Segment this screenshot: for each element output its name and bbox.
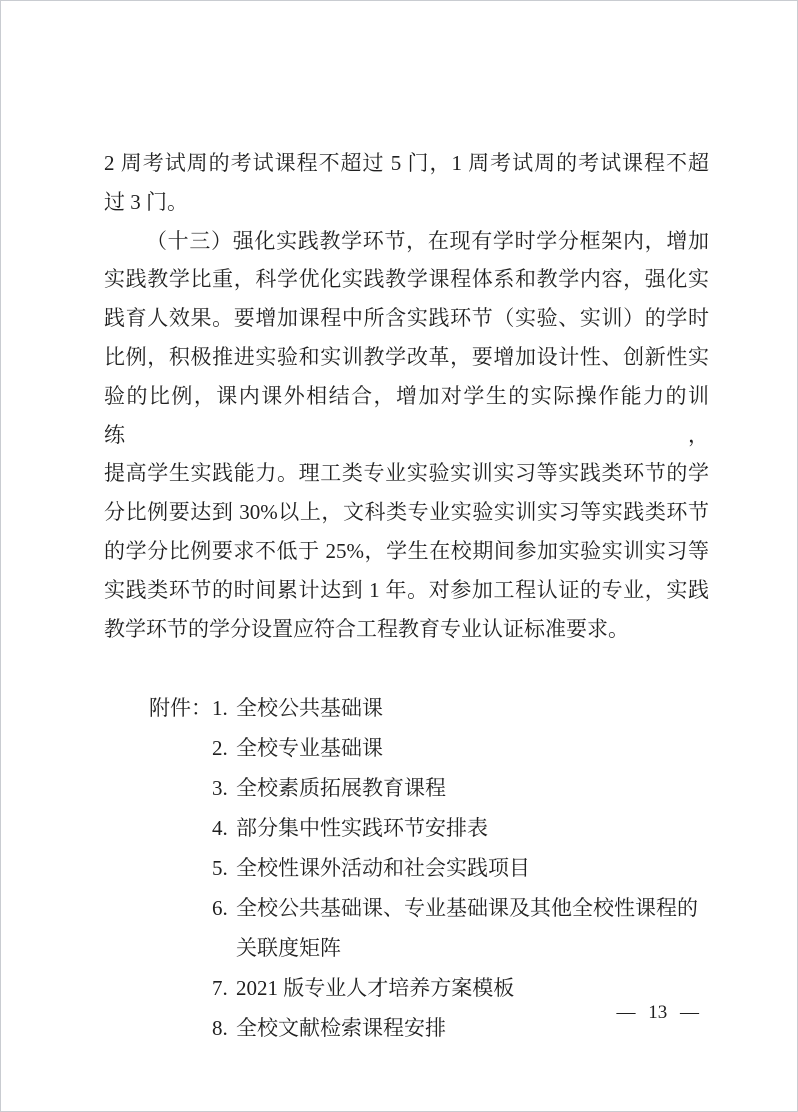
attachment-item-number: 3. [212,768,236,808]
body-line: 的学分比例要求不低于 25%，学生在校期间参加实验实训实习等 [104,532,709,571]
body-line: 实践类环节的时间累计达到 1 年。对参加工程认证的专业，实践 [104,571,709,610]
body-line: 比例，积极推进实验和实训教学改革，要增加设计性、创新性实 [104,338,709,377]
body-line: 提高学生实践能力。理工类专业实验实训实习等实践类环节的学 [104,454,709,493]
attachment-item: 3. 全校素质拓展教育课程 [212,768,709,808]
attachment-item-text: 全校性课外活动和社会实践项目 [236,848,709,888]
attachment-item-number: 6. [212,888,236,968]
body-line: 验的比例，课内课外相结合，增加对学生的实际操作能力的训练， [104,377,709,455]
body-line: 教学环节的学分设置应符合工程教育专业认证标准要求。 [104,610,709,649]
attachment-item-number: 2. [212,728,236,768]
attachment-item-number: 5. [212,848,236,888]
attachment-item-number: 8. [212,1008,236,1048]
attachment-item-text: 全校素质拓展教育课程 [236,768,709,808]
attachment-item-text: 部分集中性实践环节安排表 [236,808,709,848]
body-line: 实践教学比重，科学优化实践教学课程体系和教学内容，强化实 [104,260,709,299]
body-line: 2 周考试周的考试课程不超过 5 门，1 周考试周的考试课程不超 [104,144,709,183]
body-line: 过 3 门。 [104,183,709,222]
attachment-item-text: 全校公共基础课 [236,688,709,728]
attachment-item: 2. 全校专业基础课 [212,728,709,768]
attachment-item-text-line: 关联度矩阵 [236,928,709,968]
body-line: （十三）强化实践教学环节，在现有学时学分框架内，增加 [104,222,709,261]
attachment-item-number: 7. [212,968,236,1008]
attachment-items: 1. 全校公共基础课 2. 全校专业基础课 3. 全校素质拓展教育课程 4. 部… [212,688,709,1048]
paragraph: 2 周考试周的考试课程不超过 5 门，1 周考试周的考试课程不超 过 3 门。 [104,144,709,222]
attachment-item: 6. 全校公共基础课、专业基础课及其他全校性课程的 关联度矩阵 [212,888,709,968]
paragraph: （十三）强化实践教学环节，在现有学时学分框架内，增加 实践教学比重，科学优化实践… [104,222,709,649]
attachment-label: 附件： [149,688,212,1048]
document-body: 2 周考试周的考试课程不超过 5 门，1 周考试周的考试课程不超 过 3 门。 … [104,144,709,1048]
attachment-item-text: 全校专业基础课 [236,728,709,768]
body-line: 分比例要达到 30%以上，文科类专业实验实训实习等实践类环节 [104,493,709,532]
attachment-item-number: 1. [212,688,236,728]
document-page: 2 周考试周的考试课程不超过 5 门，1 周考试周的考试课程不超 过 3 门。 … [0,0,798,1112]
attachment-item: 4. 部分集中性实践环节安排表 [212,808,709,848]
attachment-item-number: 4. [212,808,236,848]
attachment-item-text: 全校公共基础课、专业基础课及其他全校性课程的 关联度矩阵 [236,888,709,968]
attachment-item-text-line: 全校公共基础课、专业基础课及其他全校性课程的 [236,888,709,928]
attachment-item: 1. 全校公共基础课 [212,688,709,728]
page-number: — 13 — [617,1002,700,1024]
body-line: 践育人效果。要增加课程中所含实践环节（实验、实训）的学时 [104,299,709,338]
attachment-list: 附件： 1. 全校公共基础课 2. 全校专业基础课 3. 全校素质拓展教育课程 … [149,688,709,1048]
attachment-item: 5. 全校性课外活动和社会实践项目 [212,848,709,888]
